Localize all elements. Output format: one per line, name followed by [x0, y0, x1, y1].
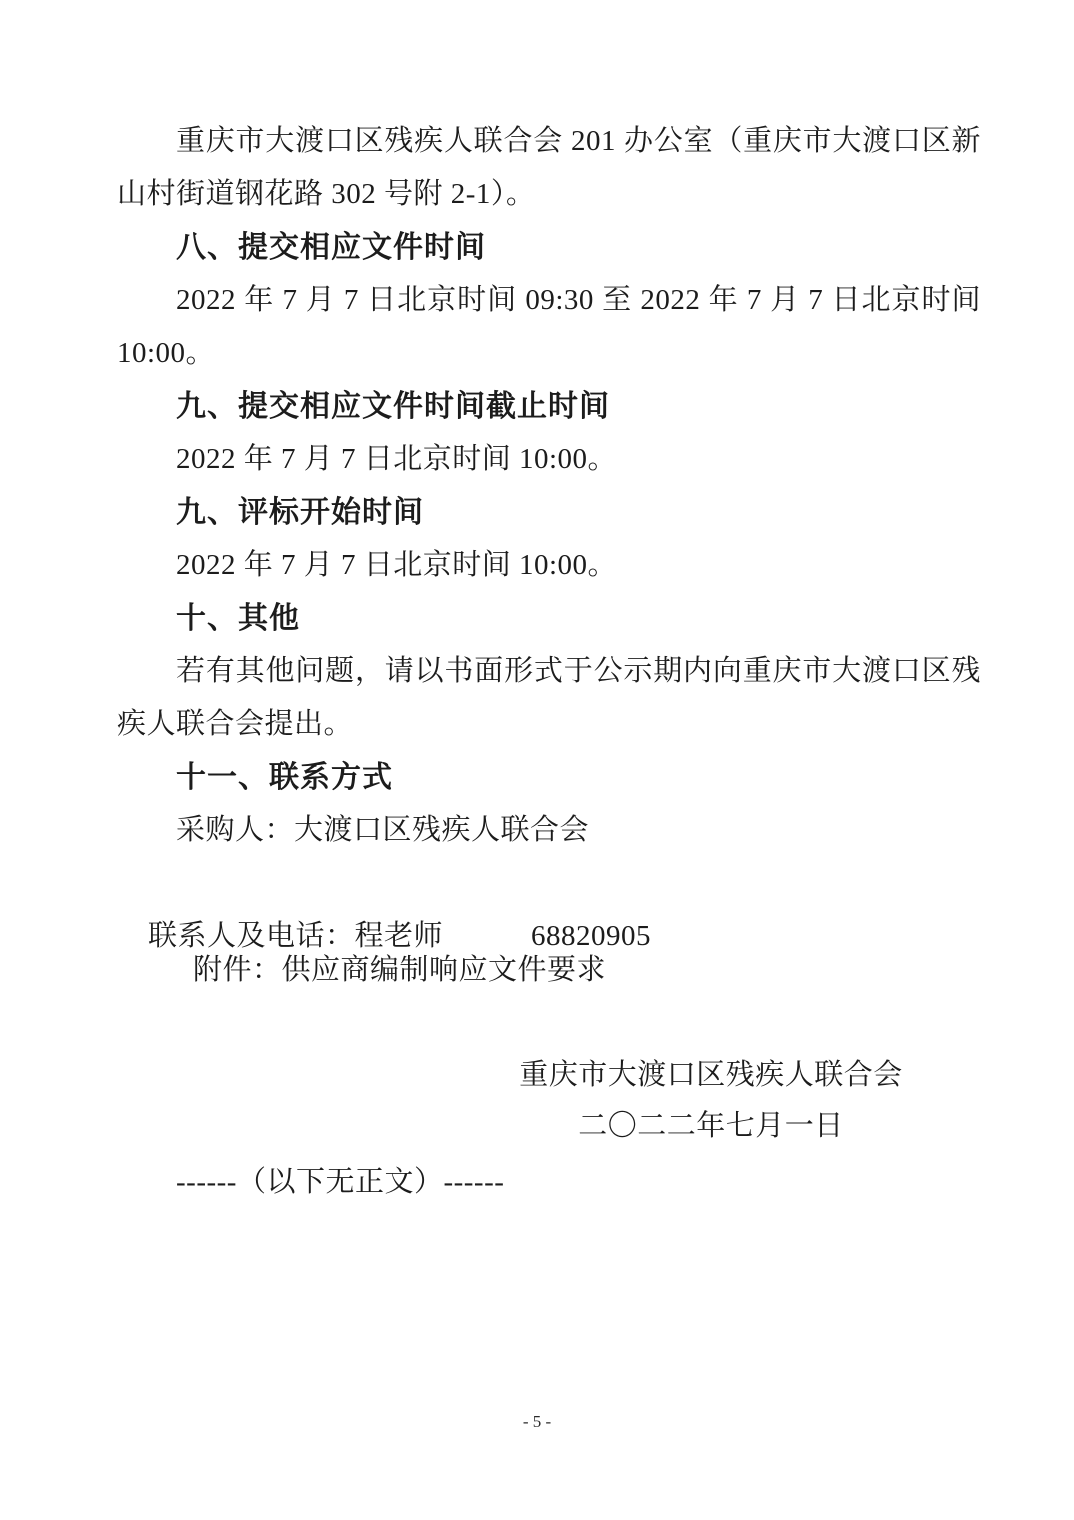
office-address-line-2: 山村街道钢花路 302 号附 2-1）。	[117, 168, 981, 221]
submit-time-line-1: 2022 年 7 月 7 日北京时间 09:30 至 2022 年 7 月 7 …	[117, 274, 981, 327]
attachment-line: 附件：供应商编制响应文件要求	[117, 944, 981, 997]
end-of-text-line: ------（以下无正文）------	[117, 1156, 981, 1209]
signature-date: 二〇二二年七月一日	[451, 1100, 971, 1153]
heading-contact-info: 十一、联系方式	[117, 751, 981, 804]
other-note-line-1: 若有其他问题，请以书面形式于公示期内向重庆市大渡口区残	[117, 645, 981, 698]
submit-time-line-2: 10:00。	[117, 327, 981, 380]
purchaser-line: 采购人：大渡口区残疾人联合会	[117, 804, 981, 857]
heading-submit-deadline: 九、提交相应文件时间截止时间	[117, 380, 981, 433]
evaluation-start-text: 2022 年 7 月 7 日北京时间 10:00。	[117, 539, 981, 592]
page-number: - 5 -	[0, 1412, 1074, 1432]
heading-other: 十、其他	[117, 592, 981, 645]
heading-submit-documents-time: 八、提交相应文件时间	[117, 221, 981, 274]
document-page: 重庆市大渡口区残疾人联合会 201 办公室（重庆市大渡口区新 山村街道钢花路 3…	[0, 0, 1074, 1520]
submit-deadline-text: 2022 年 7 月 7 日北京时间 10:00。	[117, 433, 981, 486]
heading-evaluation-start: 九、评标开始时间	[117, 486, 981, 539]
signature-organization: 重庆市大渡口区残疾人联合会	[451, 1049, 971, 1102]
other-note-line-2: 疾人联合会提出。	[117, 698, 981, 751]
office-address-line-1: 重庆市大渡口区残疾人联合会 201 办公室（重庆市大渡口区新	[117, 115, 981, 168]
